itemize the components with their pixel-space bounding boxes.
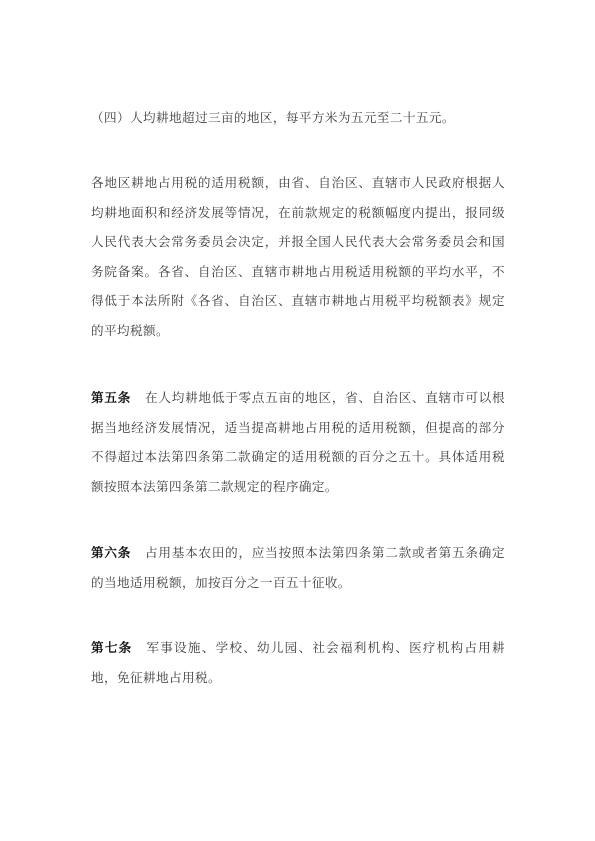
paragraph-text: 各地区耕地占用税的适用税额，由省、自治区、直辖市人民政府根据人均耕地面积和经济发… [91, 175, 505, 338]
paragraph-tax-rate-determination: 各地区耕地占用税的适用税额，由省、自治区、直辖市人民政府根据人均耕地面积和经济发… [91, 168, 505, 346]
article-6: 第六条占用基本农田的，应当按照本法第四条第二款或者第五条确定的当地适用税额，加按… [91, 538, 505, 597]
article-7: 第七条军事设施、学校、幼儿园、社会福利机构、医疗机构占用耕地，免征耕地占用税。 [91, 633, 505, 692]
article-heading: 第七条 [91, 640, 132, 655]
paragraph-text: （四）人均耕地超过三亩的地区，每平方米为五元至二十五元。 [91, 110, 455, 125]
paragraph-item-4: （四）人均耕地超过三亩的地区，每平方米为五元至二十五元。 [91, 103, 505, 133]
article-heading: 第五条 [91, 390, 131, 405]
article-heading: 第六条 [91, 545, 131, 560]
article-text: 占用基本农田的，应当按照本法第四条第二款或者第五条确定的当地适用税额，加按百分之… [91, 545, 505, 590]
article-text: 军事设施、学校、幼儿园、社会福利机构、医疗机构占用耕地，免征耕地占用税。 [91, 640, 505, 685]
article-text: 在人均耕地低于零点五亩的地区，省、自治区、直辖市可以根据当地经济发展情况，适当提… [91, 390, 505, 494]
article-5: 第五条在人均耕地低于零点五亩的地区，省、自治区、直辖市可以根据当地经济发展情况，… [91, 383, 505, 501]
